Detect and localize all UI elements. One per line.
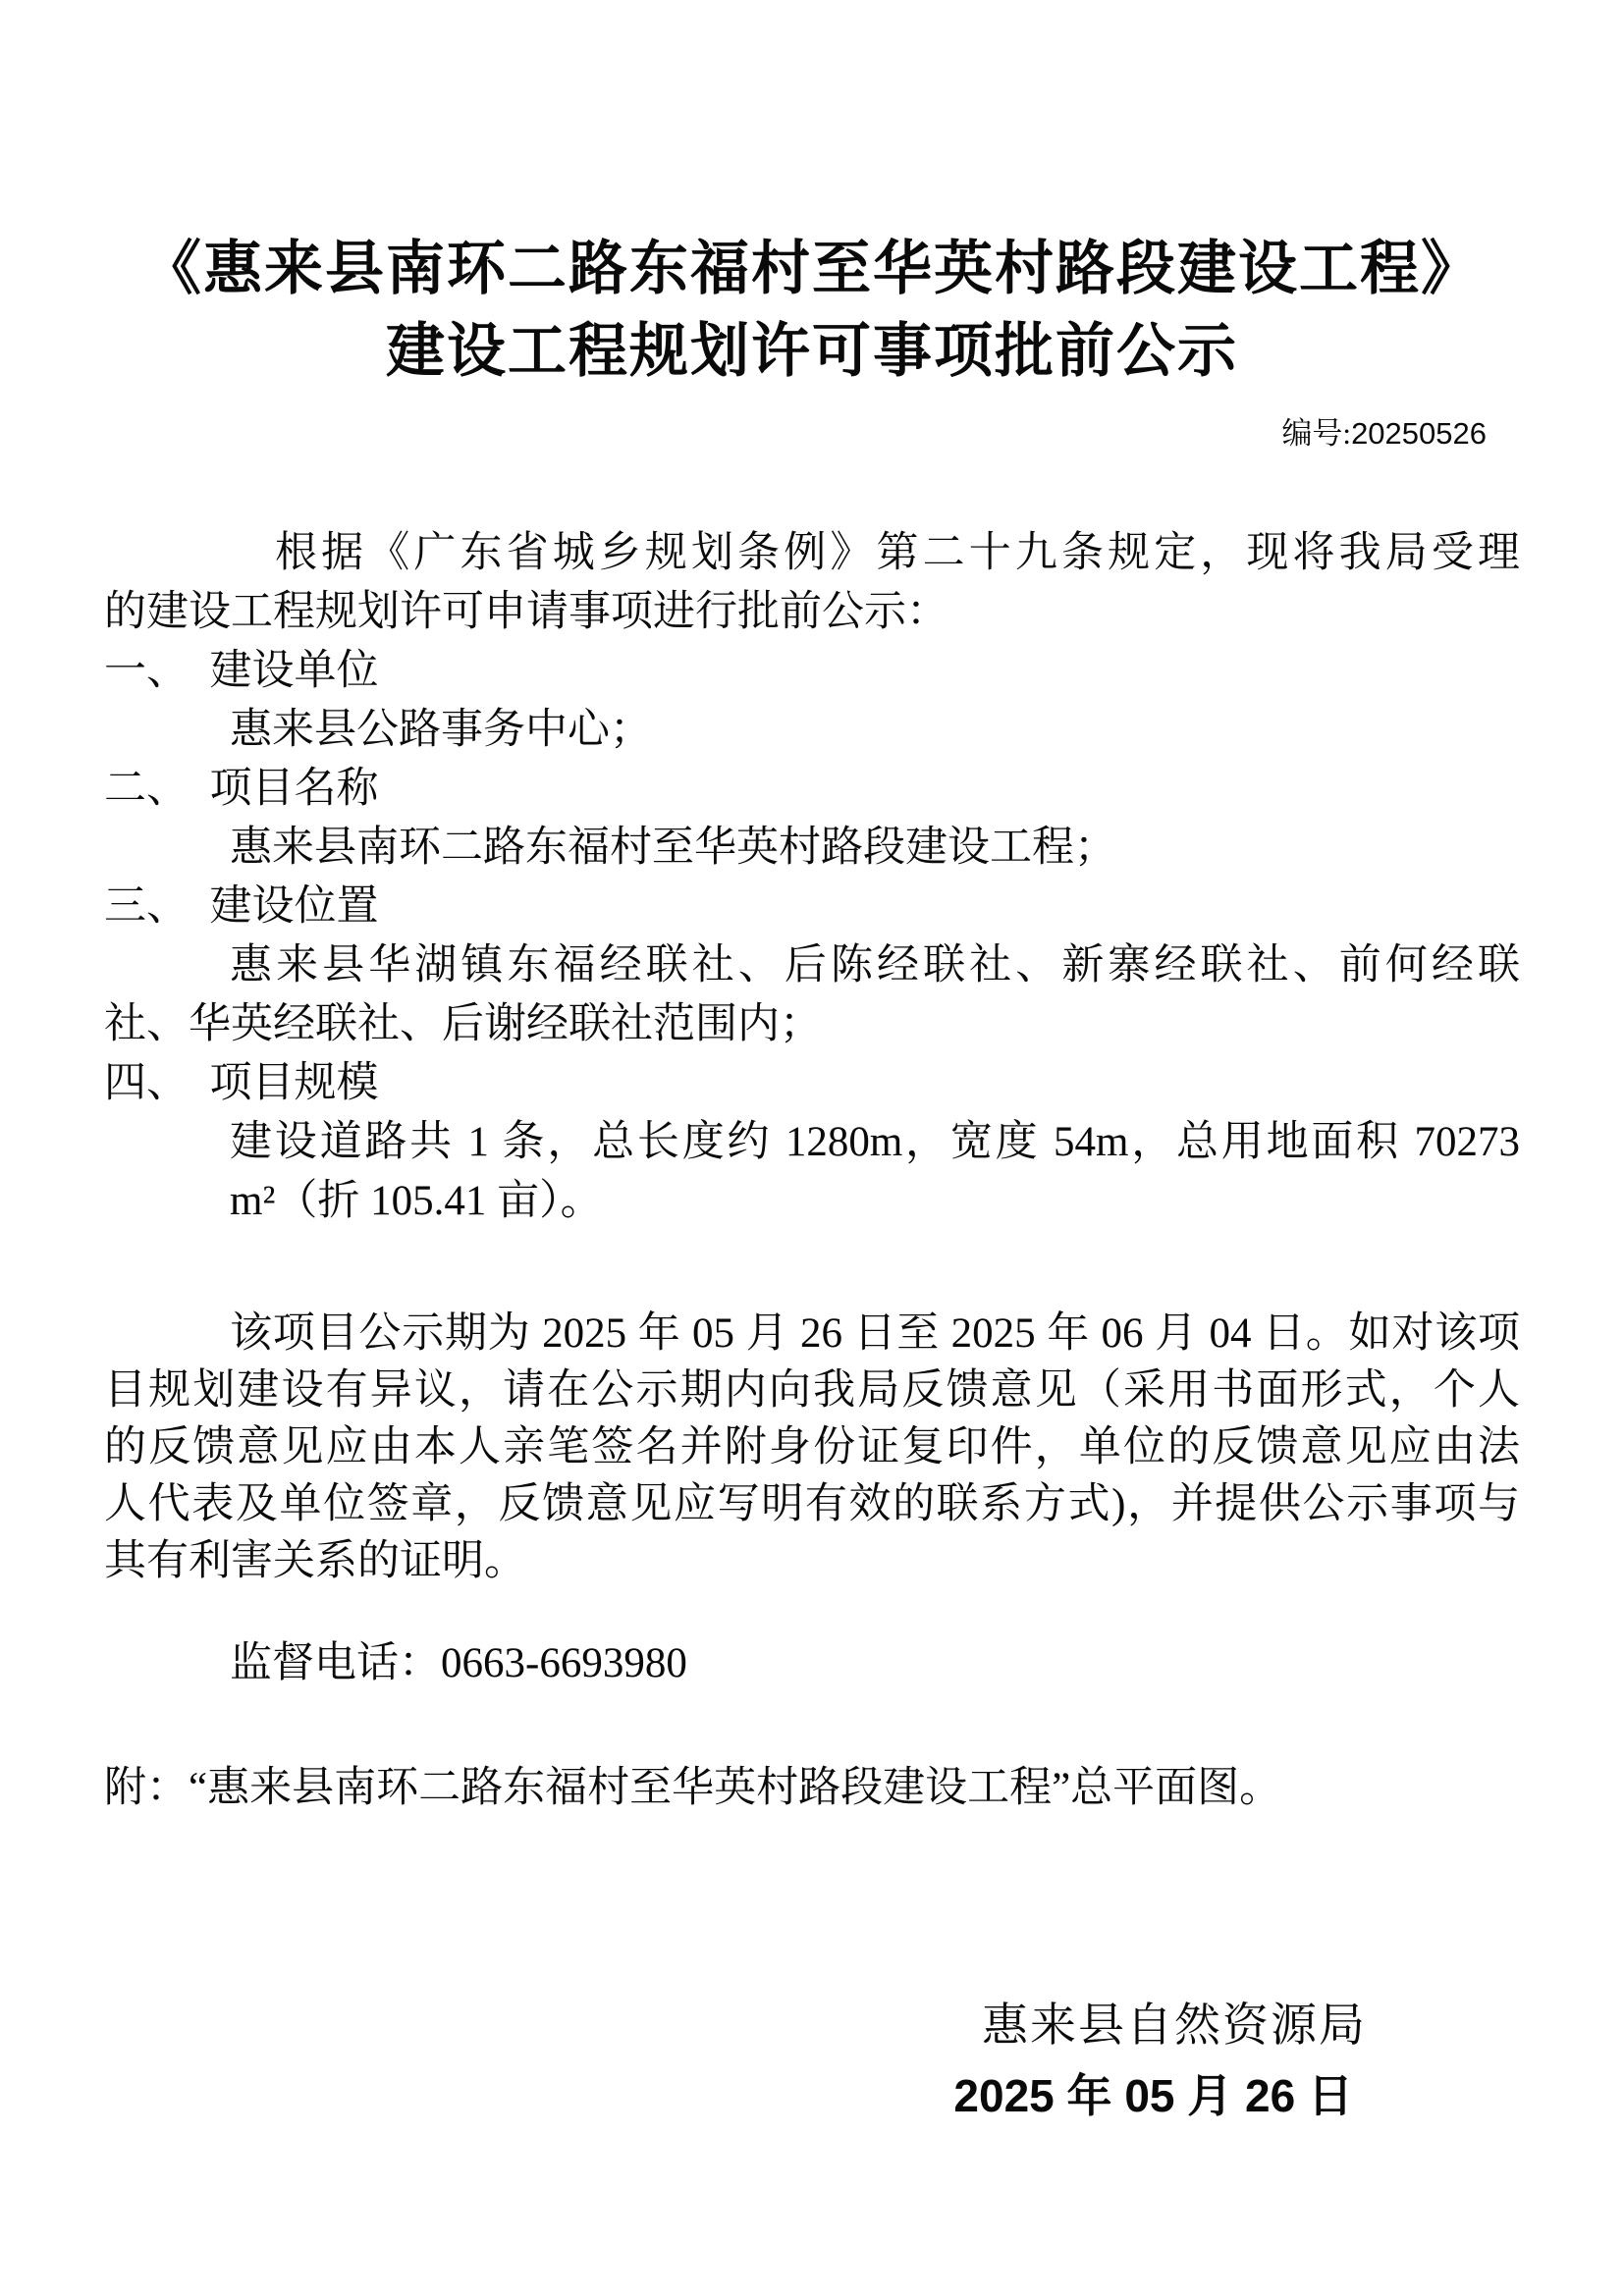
section-3-content-line-1: 惠来县华湖镇东福经联社、后陈经联社、新寨经联社、前何经联 <box>104 936 1520 995</box>
document-title: 《惠来县南环二路东福村至华英村路段建设工程》 建设工程规划许可事项批前公示 <box>104 228 1520 393</box>
document-content: 《惠来县南环二路东福村至华英村路段建设工程》 建设工程规划许可事项批前公示 编号… <box>0 228 1624 2131</box>
doc-number: 编号:20250526 <box>104 412 1520 455</box>
section-3-heading: 三、 建设位置 <box>104 878 1520 936</box>
section-1-content: 惠来县公路事务中心； <box>104 701 1520 760</box>
notice-paragraph: 该项目公示期为 2025 年 05 月 26 日至 2025 年 06 月 04… <box>104 1306 1520 1590</box>
intro-line-2: 的建设工程规划许可申请事项进行批前公示： <box>104 583 1520 642</box>
section-2-heading: 二、 项目名称 <box>104 760 1520 819</box>
notice-line-1: 该项目公示期为 2025 年 05 月 26 日至 2025 年 06 月 04… <box>104 1306 1520 1362</box>
notice-line-2: 目规划建设有异议，请在公示期内向我局反馈意见（采用书面形式，个人 <box>104 1362 1520 1419</box>
issue-date: 2025 年 05 月 26 日 <box>104 2060 1367 2131</box>
doc-number-label: 编号: <box>1281 416 1351 451</box>
notice-line-4: 人代表及单位签章，反馈意见应写明有效的联系方式)，并提供公示事项与 <box>104 1476 1520 1533</box>
signature-block: 惠来县自然资源局 2025 年 05 月 26 日 <box>104 1992 1520 2131</box>
section-1: 一、 建设单位 惠来县公路事务中心； <box>104 642 1520 760</box>
notice-document-page: 《惠来县南环二路东福村至华英村路段建设工程》 建设工程规划许可事项批前公示 编号… <box>0 0 1624 2296</box>
section-2: 二、 项目名称 惠来县南环二路东福村至华英村路段建设工程； <box>104 760 1520 878</box>
section-4-content-line-1: 建设道路共 1 条，总长度约 1280m，宽度 54m，总用地面积 70273 <box>104 1113 1520 1172</box>
section-4: 四、 项目规模 建设道路共 1 条，总长度约 1280m，宽度 54m，总用地面… <box>104 1054 1520 1231</box>
notice-line-3: 的反馈意见应由本人亲笔签名并附身份证复印件，单位的反馈意见应由法 <box>104 1419 1520 1476</box>
section-2-content: 惠来县南环二路东福村至华英村路段建设工程； <box>104 819 1520 878</box>
section-3: 三、 建设位置 惠来县华湖镇东福经联社、后陈经联社、新寨经联社、前何经联 社、华… <box>104 878 1520 1054</box>
issuer-name: 惠来县自然资源局 <box>104 1992 1367 2060</box>
section-4-content-line-2: m²（折 105.41 亩）。 <box>104 1172 1520 1231</box>
attachment-note: 附：“惠来县南环二路东福村至华英村路段建设工程”总平面图。 <box>104 1759 1520 1818</box>
doc-number-value: 20250526 <box>1351 416 1487 451</box>
intro-line-1: 根据《广东省城乡规划条例》第二十九条规定，现将我局受理 <box>104 524 1520 583</box>
title-line-1: 《惠来县南环二路东福村至华英村路段建设工程》 <box>104 228 1520 310</box>
section-1-heading: 一、 建设单位 <box>104 642 1520 701</box>
supervision-phone: 监督电话：0663-6693980 <box>104 1634 1520 1693</box>
title-line-2: 建设工程规划许可事项批前公示 <box>104 310 1520 393</box>
intro-paragraph: 根据《广东省城乡规划条例》第二十九条规定，现将我局受理 的建设工程规划许可申请事… <box>104 524 1520 642</box>
section-3-content-line-2: 社、华英经联社、后谢经联社范围内； <box>104 995 1520 1054</box>
notice-line-5: 其有利害关系的证明。 <box>104 1533 1520 1590</box>
section-4-heading: 四、 项目规模 <box>104 1054 1520 1113</box>
